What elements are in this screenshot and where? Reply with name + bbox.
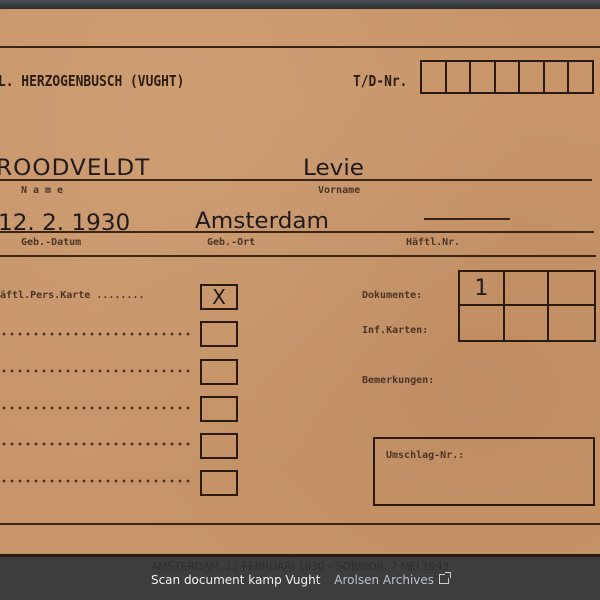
documents-cell xyxy=(505,306,550,340)
checklist-dotted-line xyxy=(0,479,190,483)
checklist-dotted-line xyxy=(0,369,190,373)
geb-ort-label: Geb.-Ort xyxy=(207,237,255,248)
external-link-icon[interactable] xyxy=(439,574,449,584)
checklist-label: äftl.Pers.Karte ........ xyxy=(0,290,145,301)
td-nr-cell xyxy=(545,62,570,92)
name-rule xyxy=(0,179,592,181)
caption-subtitle: AMSTERDAM, 12 FEBRUARI 1930 – SOBIBOR, 7… xyxy=(0,560,600,573)
td-nr-cell xyxy=(569,62,592,92)
documents-cell xyxy=(549,272,594,306)
image-caption: AMSTERDAM, 12 FEBRUARI 1930 – SOBIBOR, 7… xyxy=(0,560,600,588)
checklist-checkbox[interactable] xyxy=(200,359,238,385)
bemerkungen-label: Bemerkungen: xyxy=(362,375,434,386)
geb-datum-label: Geb.-Datum xyxy=(21,237,81,248)
documents-cell xyxy=(460,306,505,340)
umschlag-box: Umschlag-Nr.: xyxy=(373,437,595,506)
checklist-checkbox[interactable]: X xyxy=(200,284,238,310)
td-nr-cell xyxy=(520,62,545,92)
name-label: Name xyxy=(21,185,69,196)
checklist-dotted-line xyxy=(0,406,190,410)
td-nr-label: T/D-Nr. xyxy=(353,72,407,90)
documents-cell xyxy=(505,272,550,306)
td-nr-cell xyxy=(422,62,447,92)
inf-karten-label: Inf.Karten: xyxy=(362,325,428,336)
name-value: ROODVELDT xyxy=(0,156,150,181)
td-nr-cell xyxy=(496,62,521,92)
dokumente-label: Dokumente: xyxy=(362,290,422,301)
td-nr-boxes xyxy=(420,60,594,94)
camp-title: L. HERZOGENBUSCH (VUGHT) xyxy=(0,72,184,90)
haeftl-nr-label: Häftl.Nr. xyxy=(406,237,460,248)
checklist-checkbox[interactable] xyxy=(200,433,238,459)
vorname-label: Vorname xyxy=(318,185,360,196)
source-link[interactable]: Arolsen Archives xyxy=(334,573,449,587)
umschlag-label: Umschlag-Nr.: xyxy=(386,450,464,461)
header-rule xyxy=(0,46,600,48)
bottom-rule xyxy=(0,523,600,525)
haeftl-nr-dash xyxy=(424,218,510,220)
vorname-value: Levie xyxy=(303,156,364,181)
documents-grid: 1 xyxy=(458,270,596,342)
checklist-checkbox[interactable] xyxy=(200,396,238,422)
checklist-checkbox[interactable] xyxy=(200,470,238,496)
checklist-dotted-line xyxy=(0,332,190,336)
birth-rule xyxy=(0,231,594,233)
documents-cell: 1 xyxy=(460,272,505,306)
td-nr-cell xyxy=(471,62,496,92)
section-rule xyxy=(0,255,596,257)
caption-description: Scan document kamp Vught xyxy=(151,573,321,587)
documents-cell xyxy=(549,306,594,340)
td-nr-cell xyxy=(447,62,472,92)
top-frame-bar xyxy=(0,0,600,9)
checklist-checkbox[interactable] xyxy=(200,321,238,347)
source-link-label[interactable]: Arolsen Archives xyxy=(334,573,434,587)
caption-line: Scan document kamp Vught Arolsen Archive… xyxy=(0,573,600,588)
registration-card: L. HERZOGENBUSCH (VUGHT) T/D-Nr. ROODVEL… xyxy=(0,9,600,557)
checklist-dotted-line xyxy=(0,442,190,446)
